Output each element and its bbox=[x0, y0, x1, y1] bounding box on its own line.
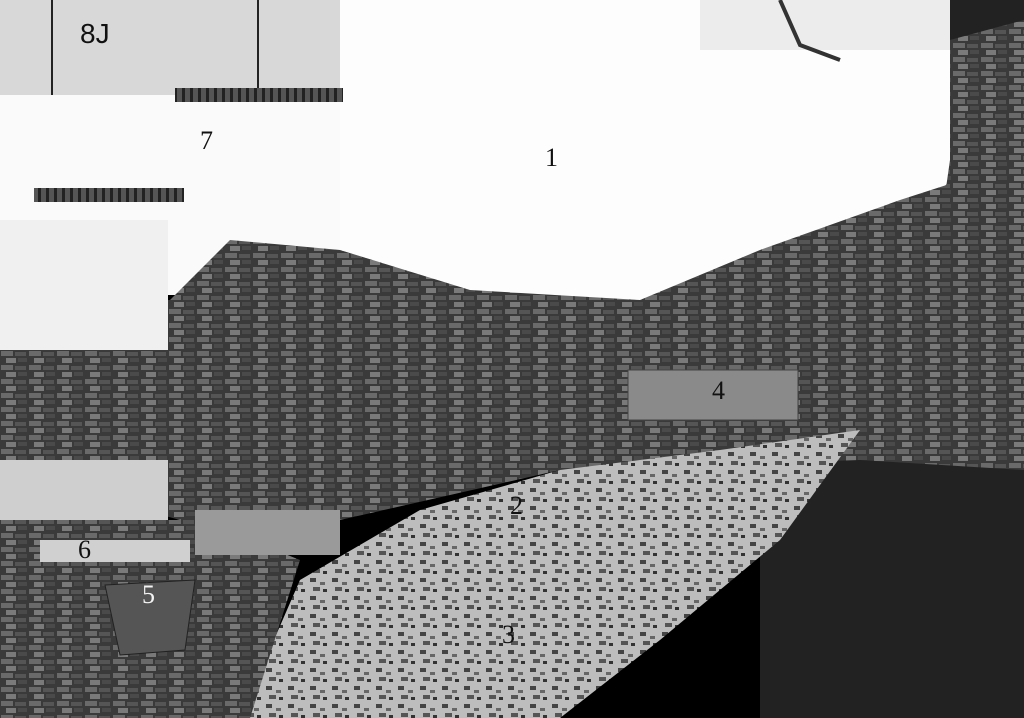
feature-label-7: 7 bbox=[200, 128, 213, 154]
feature-label-1: 1 bbox=[545, 145, 558, 171]
photo-reference-tag: 8J bbox=[80, 18, 110, 50]
archaeological-wall-photo bbox=[0, 0, 1024, 718]
feature-label-3: 3 bbox=[502, 622, 515, 648]
feature-label-5: 5 bbox=[142, 582, 155, 608]
feature-label-2: 2 bbox=[510, 493, 523, 519]
feature-label-4: 4 bbox=[712, 378, 725, 404]
feature-label-6: 6 bbox=[78, 537, 91, 563]
